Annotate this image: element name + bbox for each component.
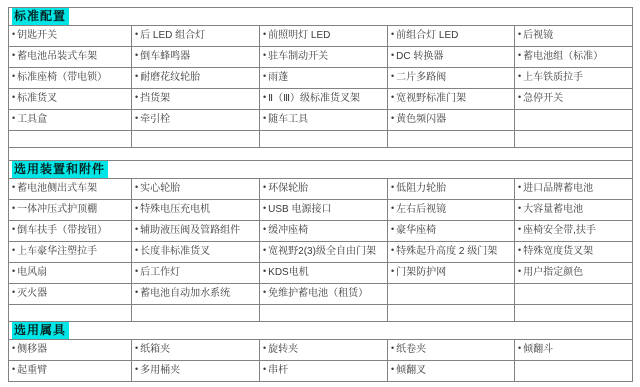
empty-cell [388, 305, 515, 322]
spec-item-cell: 前组合灯 LED [388, 26, 515, 47]
spec-item-cell: 后 LED 组合灯 [132, 26, 260, 47]
empty-cell [515, 305, 633, 322]
spec-item-cell: 特殊电压充电机 [132, 200, 260, 221]
spec-item-cell: 串杆 [260, 361, 388, 382]
spec-item-cell: 挡货架 [132, 89, 260, 110]
spec-item-cell: DC 转换器 [388, 47, 515, 68]
table-row: 倒车扶手（带按钮）辅助液压阀及管路组件缓冲座椅豪华座椅座椅安全带,扶手 [9, 221, 633, 242]
spec-item-cell: 后工作灯 [132, 263, 260, 284]
table-row: 蓄电池吊装式车架倒车蜂鸣器驻车制动开关DC 转换器蓄电池组（标准） [9, 47, 633, 68]
table-row: 电风扇后工作灯KDS电机门架防护网用户指定颜色 [9, 263, 633, 284]
spec-item-cell: 免维护蓄电池（租赁） [260, 284, 388, 305]
spec-item-cell: 长度非标准货叉 [132, 242, 260, 263]
spec-item-cell: 蓄电池自动加水系统 [132, 284, 260, 305]
spec-item-cell: 蓄电池吊装式车架 [9, 47, 132, 68]
spec-item-cell: 用户指定颜色 [515, 263, 633, 284]
spec-item-cell: 起重臂 [9, 361, 132, 382]
spec-item-cell: 二片多路阀 [388, 68, 515, 89]
table-row: 灭火器蓄电池自动加水系统免维护蓄电池（租赁） [9, 284, 633, 305]
spec-item-cell: 上车豪华注塑拉手 [9, 242, 132, 263]
spec-item-cell: 牵引栓 [132, 110, 260, 131]
spec-item-cell: 特殊起升高度 2 级门架 [388, 242, 515, 263]
spec-item-cell: 钥匙开关 [9, 26, 132, 47]
spec-item-cell: 低阻力轮胎 [388, 179, 515, 200]
spec-item-cell: 旋转夹 [260, 340, 388, 361]
spec-item-cell: 豪华座椅 [388, 221, 515, 242]
table-row: 工具盒牵引栓随车工具黄色频闪器 [9, 110, 633, 131]
spec-item-cell: 纸箱夹 [132, 340, 260, 361]
spec-item-cell: 标准座椅（带电锁） [9, 68, 132, 89]
spec-item-cell: 宽视野2(3)级全自由门架 [260, 242, 388, 263]
spec-item-cell: 随车工具 [260, 110, 388, 131]
spec-item-cell: 雨蓬 [260, 68, 388, 89]
spec-item-cell: 蓄电池组（标准） [515, 47, 633, 68]
table-row: 钥匙开关后 LED 组合灯前照明灯 LED前组合灯 LED后视镜 [9, 26, 633, 47]
spec-item-cell: 急停开关 [515, 89, 633, 110]
spec-item-cell: 灭火器 [9, 284, 132, 305]
empty-cell [388, 284, 515, 305]
section-title: 选用属具 [12, 322, 69, 339]
spec-sheet: 标准配置钥匙开关后 LED 组合灯前照明灯 LED前组合灯 LED后视镜蓄电池吊… [0, 0, 640, 387]
spec-item-cell: 倒车扶手（带按钮） [9, 221, 132, 242]
spec-item-cell: 辅助液压阀及管路组件 [132, 221, 260, 242]
section-title: 标准配置 [12, 8, 69, 25]
spec-item-cell: 宽视野标准门架 [388, 89, 515, 110]
table-row: 标准座椅（带电锁）耐磨花纹轮胎雨蓬二片多路阀上车铁质拉手 [9, 68, 633, 89]
table-row: 起重臂多用桶夹串杆倾翻叉 [9, 361, 633, 382]
section-title-cell: 选用属具 [9, 322, 633, 340]
section-header-row: 选用装置和附件 [9, 161, 633, 179]
empty-cell [515, 361, 633, 382]
spec-item-cell: 一体冲压式护顶棚 [9, 200, 132, 221]
spec-item-cell: 前照明灯 LED [260, 26, 388, 47]
empty-cell [9, 131, 132, 148]
spec-item-cell: 门架防护网 [388, 263, 515, 284]
spec-item-cell: 纸卷夹 [388, 340, 515, 361]
spec-item-cell: 驻车制动开关 [260, 47, 388, 68]
spec-table-body: 标准配置钥匙开关后 LED 组合灯前照明灯 LED前组合灯 LED后视镜蓄电池吊… [9, 8, 633, 382]
empty-cell [132, 305, 260, 322]
section-header-row: 选用属具 [9, 322, 633, 340]
empty-row [9, 305, 633, 322]
section-title-cell: 选用装置和附件 [9, 161, 633, 179]
empty-row [9, 131, 633, 148]
spec-item-cell: 黄色频闪器 [388, 110, 515, 131]
spec-item-cell: 特殊宽度货叉架 [515, 242, 633, 263]
empty-cell [515, 110, 633, 131]
section-title-cell: 标准配置 [9, 8, 633, 26]
spec-item-cell: 倾翻叉 [388, 361, 515, 382]
spec-item-cell: 缓冲座椅 [260, 221, 388, 242]
spec-item-cell: Ⅱ（Ⅲ）级标准货叉架 [260, 89, 388, 110]
empty-cell [515, 131, 633, 148]
empty-cell [388, 131, 515, 148]
spec-item-cell: 侧移器 [9, 340, 132, 361]
spec-item-cell: 环保轮胎 [260, 179, 388, 200]
empty-cell [132, 131, 260, 148]
table-row: 蓄电池侧出式车架实心轮胎环保轮胎低阻力轮胎进口品牌蓄电池 [9, 179, 633, 200]
spec-table: 标准配置钥匙开关后 LED 组合灯前照明灯 LED前组合灯 LED后视镜蓄电池吊… [8, 7, 633, 382]
spec-item-cell: 左右后视镜 [388, 200, 515, 221]
empty-cell [260, 131, 388, 148]
section-separator-row [9, 148, 633, 161]
table-row: 标准货叉挡货架Ⅱ（Ⅲ）级标准货叉架宽视野标准门架急停开关 [9, 89, 633, 110]
spec-item-cell: 座椅安全带,扶手 [515, 221, 633, 242]
spec-item-cell: 实心轮胎 [132, 179, 260, 200]
spec-item-cell: 大容量蓄电池 [515, 200, 633, 221]
table-row: 一体冲压式护顶棚特殊电压充电机USB 电源接口左右后视镜大容量蓄电池 [9, 200, 633, 221]
section-header-row: 标准配置 [9, 8, 633, 26]
spec-item-cell: 蓄电池侧出式车架 [9, 179, 132, 200]
spec-item-cell: 耐磨花纹轮胎 [132, 68, 260, 89]
empty-cell [260, 305, 388, 322]
empty-cell [9, 305, 132, 322]
section-title: 选用装置和附件 [12, 161, 108, 178]
spec-item-cell: 倾翻斗 [515, 340, 633, 361]
spec-item-cell: 工具盒 [9, 110, 132, 131]
spec-item-cell: 进口品牌蓄电池 [515, 179, 633, 200]
spec-item-cell: 倒车蜂鸣器 [132, 47, 260, 68]
spec-item-cell: 电风扇 [9, 263, 132, 284]
spec-item-cell: 上车铁质拉手 [515, 68, 633, 89]
empty-cell [515, 284, 633, 305]
spec-item-cell: 后视镜 [515, 26, 633, 47]
table-row: 侧移器纸箱夹旋转夹纸卷夹倾翻斗 [9, 340, 633, 361]
spec-item-cell: KDS电机 [260, 263, 388, 284]
spec-item-cell: 标准货叉 [9, 89, 132, 110]
section-separator-cell [9, 148, 633, 161]
spec-item-cell: 多用桶夹 [132, 361, 260, 382]
table-row: 上车豪华注塑拉手长度非标准货叉宽视野2(3)级全自由门架特殊起升高度 2 级门架… [9, 242, 633, 263]
spec-item-cell: USB 电源接口 [260, 200, 388, 221]
